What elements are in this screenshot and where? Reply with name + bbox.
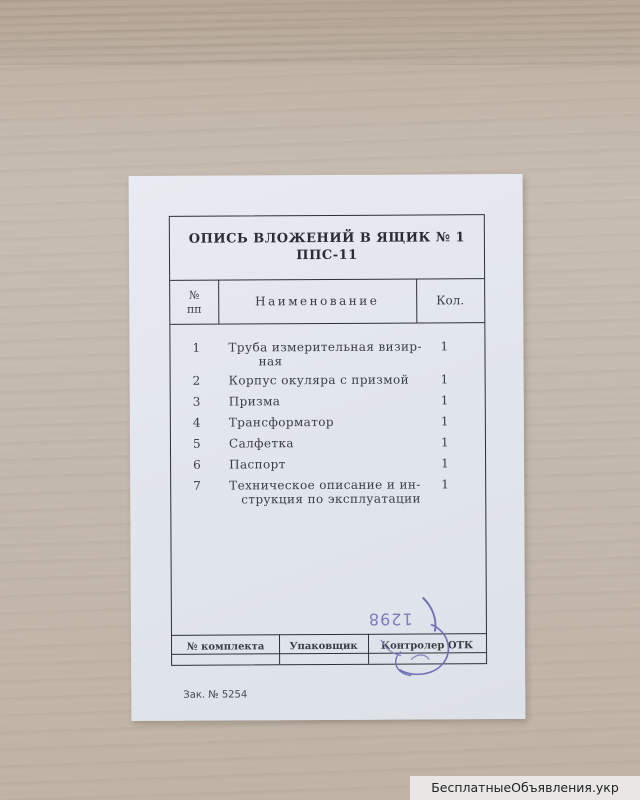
item-number: 7: [193, 479, 205, 493]
item-quantity: 1: [441, 477, 451, 491]
item-name: Салфетка: [229, 435, 429, 450]
item-row: 1 Труба измерительная визир- ная 1: [170, 339, 484, 341]
item-number: 5: [193, 437, 205, 451]
item-number: 3: [193, 395, 205, 409]
item-name-line-2: струкция по эксплуатации: [229, 491, 429, 506]
item-name-line-2: ная: [229, 353, 429, 368]
otk-stamp-icon: [371, 589, 466, 684]
title-line-1: ОПИСЬ ВЛОЖЕНИЙ В ЯЩИК № 1: [170, 229, 484, 248]
item-row: 7 Техническое описание и ин- струкция по…: [171, 477, 485, 479]
item-number: 1: [192, 341, 204, 355]
item-number: 2: [193, 374, 205, 388]
item-row: 4 Трансформатор 1: [171, 414, 485, 416]
watermark-label: БесплатныеОбъявления.укр: [410, 776, 640, 800]
inventory-sheet: ОПИСЬ ВЛОЖЕНИЙ В ЯЩИК № 1 ППС-11 № пп На…: [129, 174, 526, 721]
item-row: 6 Паспорт 1: [171, 456, 485, 458]
item-quantity: 1: [441, 372, 451, 386]
column-header-number-line-2: пп: [170, 303, 218, 317]
item-quantity: 1: [441, 393, 451, 407]
title-line-2: ППС-11: [170, 246, 484, 265]
column-header-number: № пп: [170, 289, 218, 317]
footer-packer: Упаковщик: [279, 641, 368, 652]
item-quantity: 1: [441, 435, 451, 449]
item-quantity: 1: [440, 339, 450, 353]
item-quantity: 1: [441, 456, 451, 470]
item-name: Призма: [229, 393, 429, 408]
order-number: Зак. № 5254: [183, 689, 247, 700]
column-header-quantity: Кол.: [416, 293, 484, 307]
item-name: Паспорт: [229, 456, 429, 471]
item-number: 4: [193, 416, 205, 430]
item-name: Труба измерительная визир- ная: [228, 339, 428, 368]
item-name-line-1: Техническое описание и ин-: [229, 478, 421, 493]
item-row: 5 Салфетка 1: [171, 435, 485, 437]
item-number: 6: [193, 458, 205, 472]
item-row: 3 Призма 1: [171, 393, 485, 395]
document-title: ОПИСЬ ВЛОЖЕНИЙ В ЯЩИК № 1 ППС-11: [170, 229, 484, 265]
wood-grain-band: [0, 0, 640, 65]
column-header-number-line-1: №: [170, 289, 218, 303]
item-name-line-1: Труба измерительная визир-: [228, 340, 422, 355]
item-name: Корпус окуляра с призмой: [229, 372, 429, 387]
column-header-name: Наименование: [218, 294, 416, 309]
footer-kit-number: № комплекта: [172, 641, 279, 653]
item-row: 2 Корпус окуляра с призмой 1: [171, 372, 485, 374]
item-quantity: 1: [441, 414, 451, 428]
item-name: Трансформатор: [229, 414, 429, 429]
item-name: Техническое описание и ин- струкция по э…: [229, 477, 429, 506]
